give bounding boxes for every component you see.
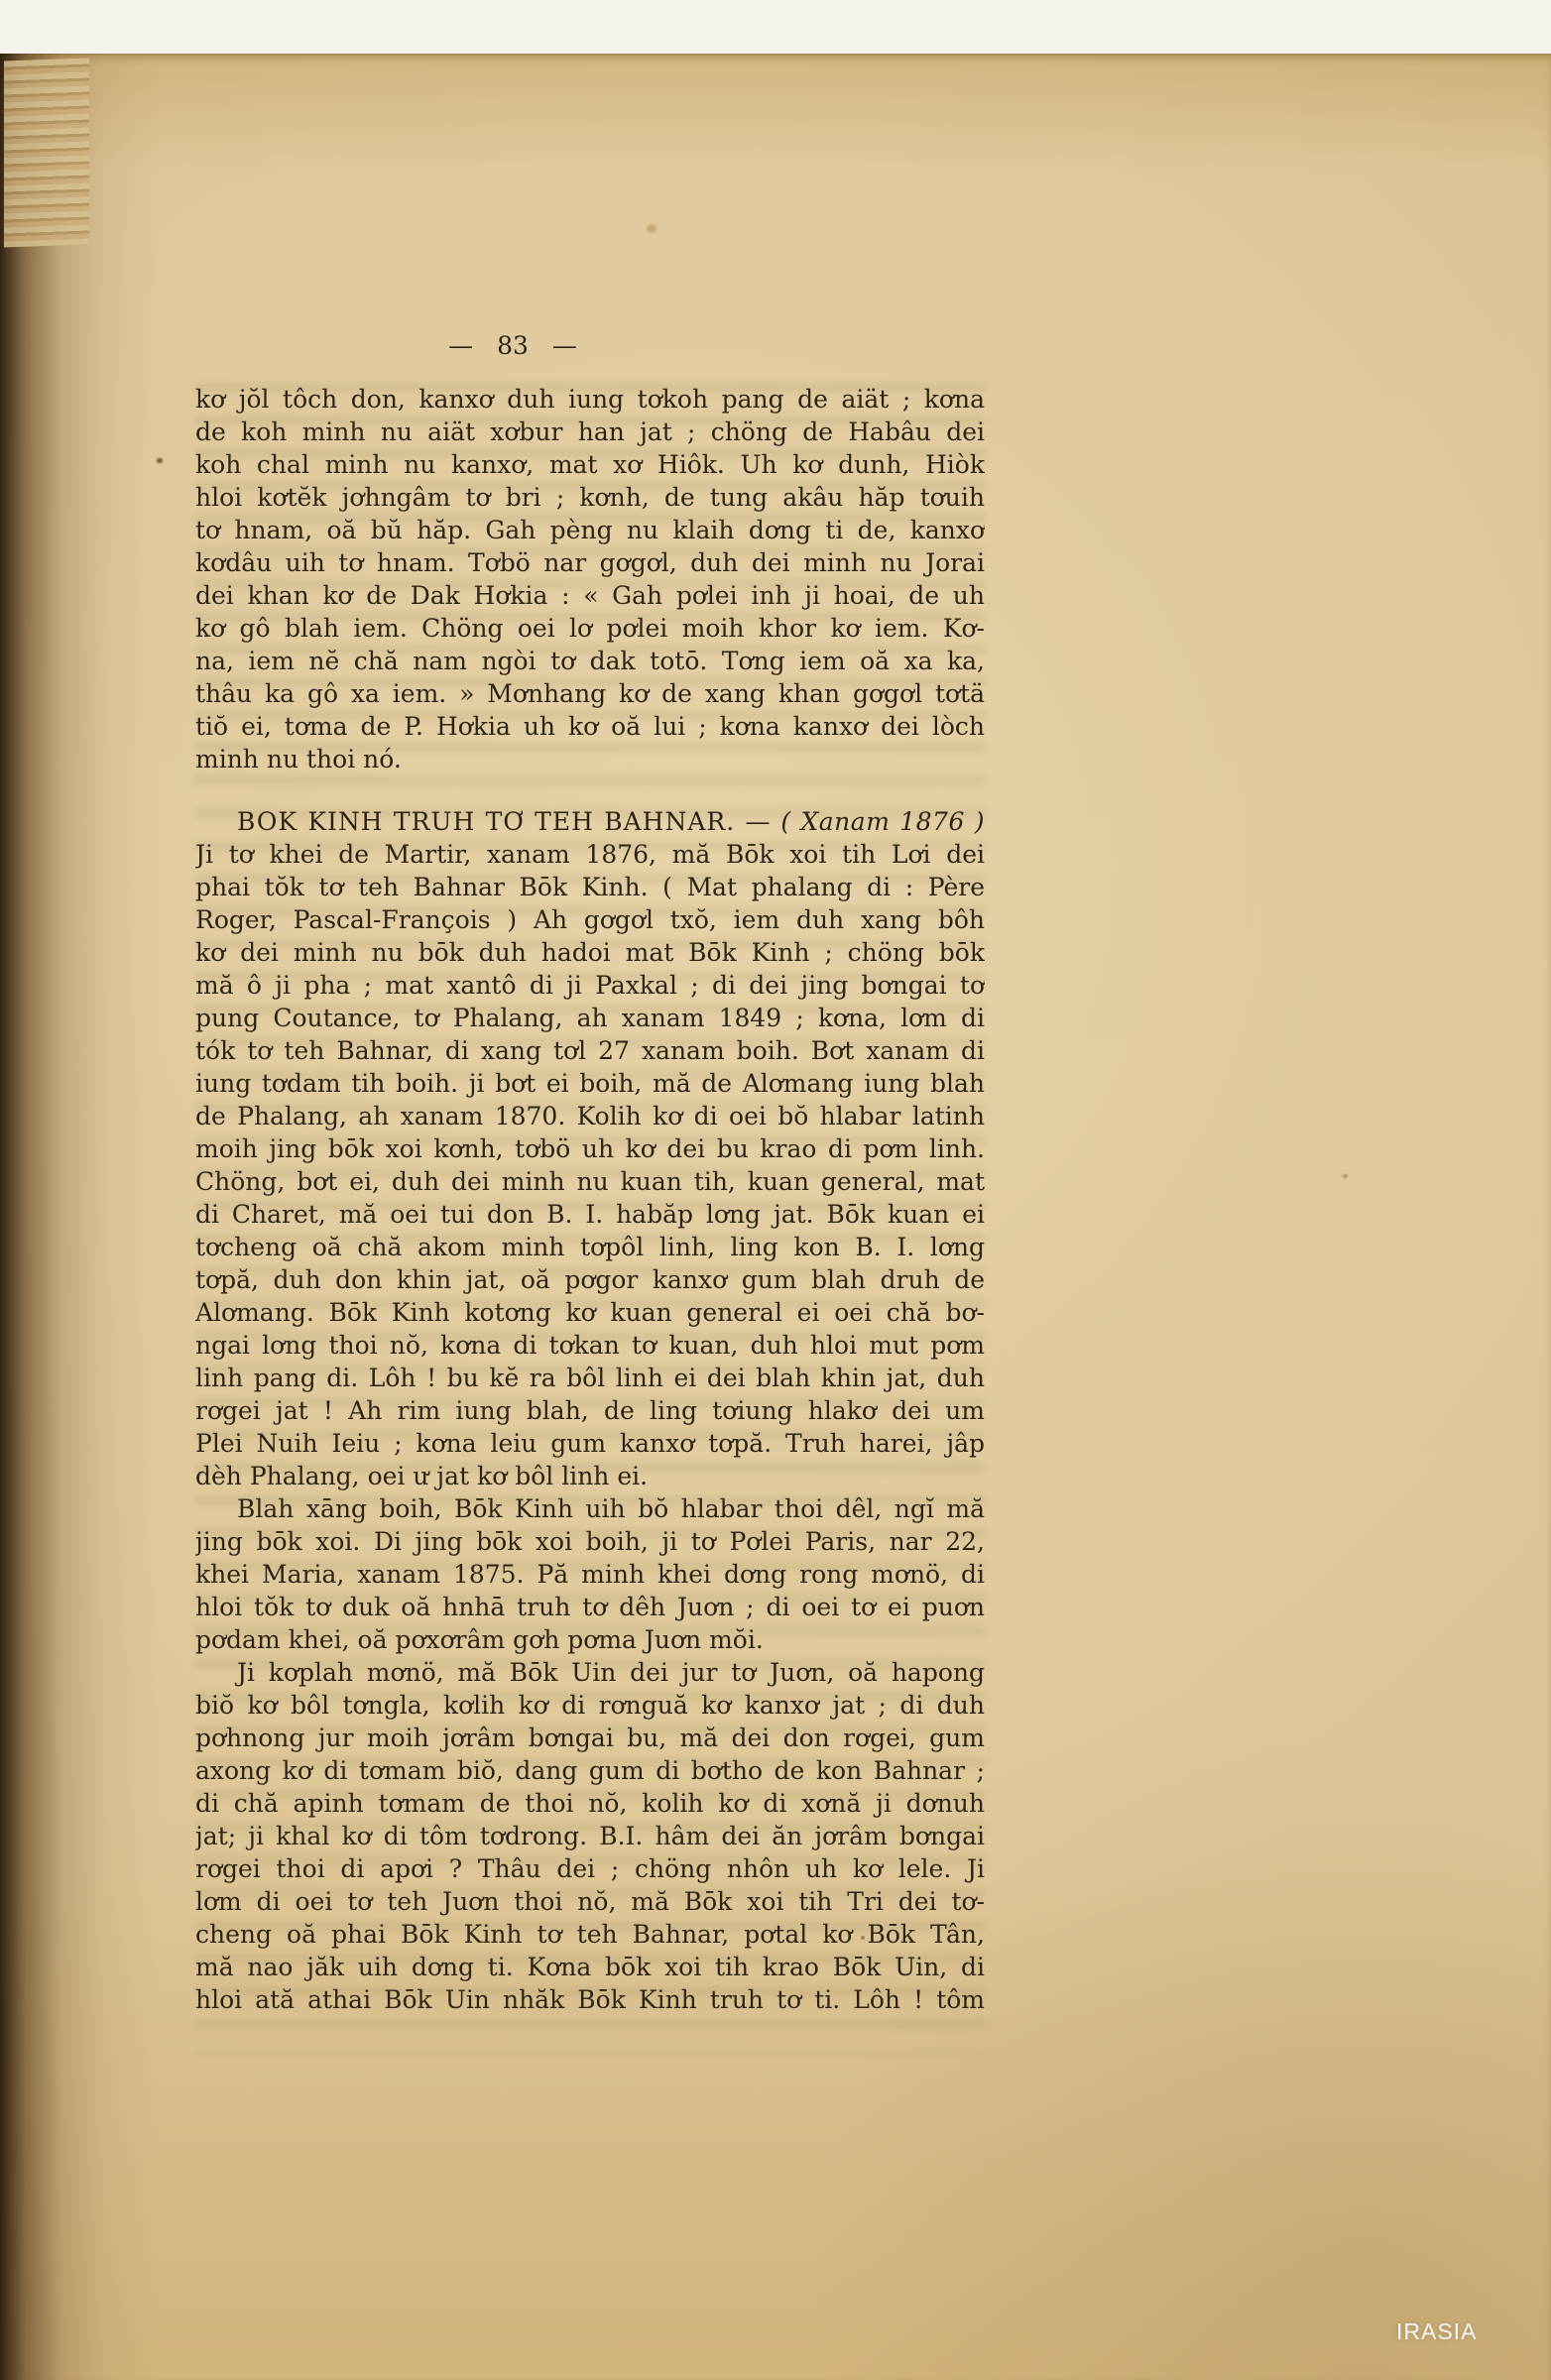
text-line: hloi ată athai Bōk Uin nhăk Bōk Kinh tru… — [195, 1983, 985, 2016]
text-line: pơdam khei, oă pơxơrâm gơh pơma Juơn mŏi… — [195, 1623, 985, 1656]
text-line: jing bōk xoi. Di jing bōk xoi boih, ji t… — [195, 1525, 985, 1558]
text-line: khei Maria, xanam 1875. Pă minh khei dơn… — [195, 1558, 985, 1591]
text-line: moih jing bōk xoi kơnh, tơbö uh kơ dei b… — [195, 1132, 985, 1165]
text-line: tiŏ ei, tơma de P. Hơkia uh kơ oă lui ; … — [195, 710, 985, 743]
paragraph-block: kơ jŏl tôch don, kanxơ duh iung tơkoh pa… — [195, 383, 985, 775]
section-heading-year: ( Xanam 1876 ) — [772, 807, 985, 836]
section-block: BOK KINH TRUH TƠ TEH BAHNAR. — ( Xanam 1… — [195, 805, 985, 1492]
text-line: phai tŏk tơ teh Bahnar Bōk Kinh. ( Mat p… — [195, 871, 985, 903]
text-line: minh nu thoi nó. — [195, 743, 985, 775]
page-number: — 83 — — [118, 331, 907, 360]
text-line: Ji kơplah mơnö, mă Bōk Uin dei jur tơ Ju… — [195, 1656, 985, 1689]
text-line: axong kơ di tơmam biŏ, dang gum di bơtho… — [195, 1754, 985, 1787]
section-heading-main: BOK KINH TRUH TƠ TEH BAHNAR. — — [237, 807, 772, 836]
text-line: Blah xāng boih, Bōk Kinh uih bŏ hlabar t… — [195, 1492, 985, 1525]
paragraph-block: Blah xāng boih, Bōk Kinh uih bŏ hlabar t… — [195, 1492, 985, 1656]
archive-watermark: IRASIA — [1396, 2319, 1477, 2345]
text-line: di Charet, mă oei tui don B. I. habăp lơ… — [195, 1198, 985, 1231]
text-line: pơhnong jur moih jơrâm bơngai bu, mă dei… — [195, 1722, 985, 1754]
text-line: Ji tơ khei de Martir, xanam 1876, mă Bōk… — [195, 838, 985, 871]
page-stack-edges — [4, 58, 89, 247]
text-line: linh pang di. Lôh ! bu kĕ ra bôl linh ei… — [195, 1362, 985, 1394]
text-line: Roger, Pascal-François ) Ah gơgơl txŏ, i… — [195, 903, 985, 936]
text-line: iung tơdam tih boih. ji bơt ei boih, mă … — [195, 1067, 985, 1100]
text-line: kơdâu uih tơ hnam. Tơbö nar gơgơl, duh d… — [195, 546, 985, 579]
text-line: ngai lơng thoi nŏ, kơna di tơkan tơ kuan… — [195, 1329, 985, 1362]
scanned-book-page: { "page": { "number": "83", "number_disp… — [0, 0, 1551, 2380]
paper-speck — [157, 458, 163, 463]
paragraph-block: Ji kơplah mơnö, mă Bōk Uin dei jur tơ Ju… — [195, 1656, 985, 2016]
text-line: hloi kơtĕk jơhngâm tơ bri ; kơnh, de tun… — [195, 481, 985, 514]
text-line: de Phalang, ah xanam 1870. Kolih kơ di o… — [195, 1100, 985, 1132]
text-line: kơ dei minh nu bōk duh hadoi mat Bōk Kin… — [195, 936, 985, 969]
text-line: Plei Nuih Ieiu ; kơna leiu gum kanxơ tơp… — [195, 1427, 985, 1460]
text-line: mă ô ji pha ; mat xantô di ji Paxkal ; d… — [195, 969, 985, 1002]
paper-speck — [1343, 1174, 1348, 1178]
text-line: kơ jŏl tôch don, kanxơ duh iung tơkoh pa… — [195, 383, 985, 416]
text-line: rơgei jat ! Ah rim iung blah, de ling tơ… — [195, 1394, 985, 1427]
text-line: thâu ka gô xa iem. » Mơnhang kơ de xang … — [195, 677, 985, 710]
text-column: kơ jŏl tôch don, kanxơ duh iung tơkoh pa… — [195, 383, 985, 2016]
text-line: tơ hnam, oă bŭ hăp. Gah pèng nu klaih dơ… — [195, 514, 985, 546]
text-line: lơm di oei tơ teh Juơn thoi nŏ, mă Bōk x… — [195, 1885, 985, 1918]
text-line: rơgei thoi di apơi ? Thâu dei ; chöng nh… — [195, 1852, 985, 1885]
text-line: dei khan kơ de Dak Hơkia : « Gah pơlei i… — [195, 579, 985, 612]
binding-gutter-shadow — [0, 54, 159, 2380]
text-line: biŏ kơ bôl tơngla, kơlih kơ di rơnguă kơ… — [195, 1689, 985, 1722]
paper-speck — [647, 224, 656, 233]
text-line: jat; ji khal kơ di tôm tơdrong. B.I. hâm… — [195, 1820, 985, 1852]
text-line: de koh minh nu aiät xơbur han jat ; chön… — [195, 416, 985, 448]
text-line: na, iem nĕ chă nam ngòi tơ dak totō. Tơn… — [195, 645, 985, 677]
text-line: Alơmang. Bōk Kinh kotơng kơ kuan general… — [195, 1296, 985, 1329]
text-line: Chöng, bơt ei, duh dei minh nu kuan tih,… — [195, 1165, 985, 1198]
text-line: cheng oă phai Bōk Kinh tơ teh Bahnar, pơ… — [195, 1918, 985, 1951]
text-line: hloi tŏk tơ duk oă hnhā truh tơ dêh Juơn… — [195, 1591, 985, 1623]
text-line: tók tơ teh Bahnar, di xang tơl 27 xanam … — [195, 1034, 985, 1067]
text-line: pung Coutance, tơ Phalang, ah xanam 1849… — [195, 1002, 985, 1034]
text-line: tơcheng oă chă akom minh tơpôl linh, lin… — [195, 1231, 985, 1263]
text-line: dèh Phalang, oei ư jat kơ bôl linh ei. — [195, 1460, 985, 1492]
text-line: koh chal minh nu kanxơ, mat xơ Hiôk. Uh … — [195, 448, 985, 481]
text-line: di chă apinh tơmam de thoi nŏ, kolih kơ … — [195, 1787, 985, 1820]
text-line: kơ gô blah iem. Chöng oei lơ pơlei moih … — [195, 612, 985, 645]
text-line: tơpă, duh don khin jat, oă pơgor kanxơ g… — [195, 1263, 985, 1296]
text-line: mă nao jăk uih dơng ti. Kơna bōk xoi tih… — [195, 1951, 985, 1983]
section-heading: BOK KINH TRUH TƠ TEH BAHNAR. — ( Xanam 1… — [195, 805, 985, 838]
